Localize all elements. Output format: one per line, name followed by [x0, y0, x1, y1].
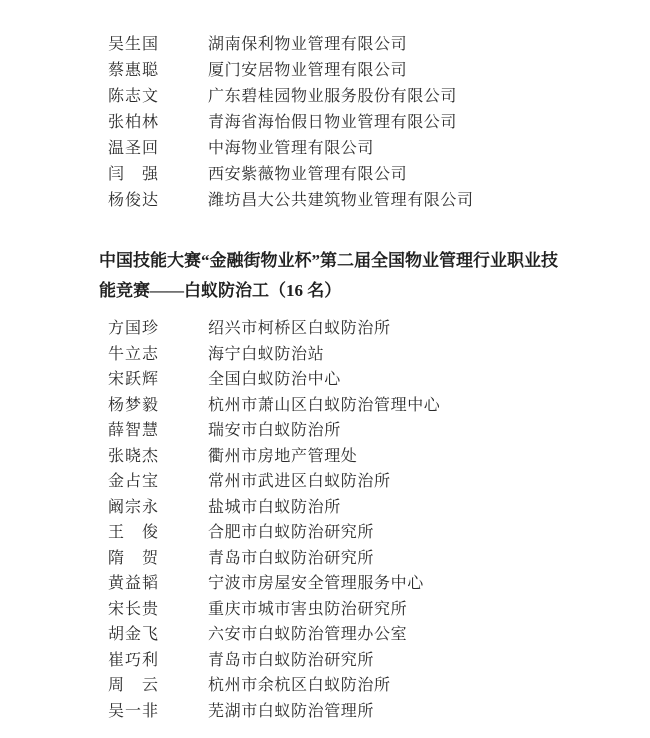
awardee-organization: 瑞安市白蚁防治所 — [208, 418, 341, 444]
awardee-name: 方国珍 — [108, 316, 158, 342]
list-item: 薛智慧 瑞安市白蚁防治所 — [108, 418, 650, 444]
list-item: 蔡惠聪 厦门安居物业管理有限公司 — [108, 58, 650, 84]
awardee-organization: 常州市武进区白蚁防治所 — [208, 469, 391, 495]
section-heading-line-1: 中国技能大赛“金融街物业杯”第二届全国物业管理行业职业技 — [99, 246, 650, 276]
list-item: 张晓杰 衢州市房地产管理处 — [108, 444, 650, 470]
awardee-name: 周云 — [108, 673, 158, 699]
awardee-name: 宋长贵 — [108, 597, 158, 623]
list-item: 张柏林 青海省海怡假日物业管理有限公司 — [108, 110, 650, 136]
list-item: 吴生国 湖南保利物业管理有限公司 — [108, 32, 650, 58]
awardee-name: 蔡惠聪 — [108, 58, 158, 84]
awardee-organization: 青海省海怡假日物业管理有限公司 — [208, 110, 457, 136]
list-item: 阚宗永 盐城市白蚁防治所 — [108, 495, 650, 521]
list-item: 隋贺 青岛市白蚁防治研究所 — [108, 546, 650, 572]
list-item: 崔巧利 青岛市白蚁防治研究所 — [108, 648, 650, 674]
list-item: 吴一非 芜湖市白蚁防治管理所 — [108, 699, 650, 725]
awardee-name: 宋跃辉 — [108, 367, 158, 393]
awardee-organization: 全国白蚁防治中心 — [208, 367, 341, 393]
list-item: 宋跃辉 全国白蚁防治中心 — [108, 367, 650, 393]
awardee-name: 杨梦毅 — [108, 393, 158, 419]
list-item: 黄益韬 宁波市房屋安全管理服务中心 — [108, 571, 650, 597]
awardee-name: 杨俊达 — [108, 188, 158, 214]
awardee-organization: 厦门安居物业管理有限公司 — [208, 58, 407, 84]
awardee-name: 薛智慧 — [108, 418, 158, 444]
awardee-name: 牛立志 — [108, 342, 158, 368]
awardee-organization: 杭州市余杭区白蚁防治所 — [208, 673, 391, 699]
section-heading-termite-control: 中国技能大赛“金融街物业杯”第二届全国物业管理行业职业技 能竞赛——白蚁防治工（… — [99, 246, 650, 306]
awardee-name: 阚宗永 — [108, 495, 158, 521]
awardee-organization: 青岛市白蚁防治研究所 — [208, 546, 374, 572]
list-item: 陈志文 广东碧桂园物业服务股份有限公司 — [108, 84, 650, 110]
awardee-organization: 六安市白蚁防治管理办公室 — [208, 622, 407, 648]
list-item: 温圣回 中海物业管理有限公司 — [108, 136, 650, 162]
list-item: 杨俊达 潍坊昌大公共建筑物业管理有限公司 — [108, 188, 650, 214]
list-item: 胡金飞 六安市白蚁防治管理办公室 — [108, 622, 650, 648]
awardee-organization: 芜湖市白蚁防治管理所 — [208, 699, 374, 725]
awardee-name: 闫强 — [108, 162, 158, 188]
list-item: 王俊 合肥市白蚁防治研究所 — [108, 520, 650, 546]
awardee-organization: 西安紫薇物业管理有限公司 — [208, 162, 407, 188]
awardee-organization: 合肥市白蚁防治研究所 — [208, 520, 374, 546]
awardee-name: 张柏林 — [108, 110, 158, 136]
list-item: 牛立志 海宁白蚁防治站 — [108, 342, 650, 368]
awardee-organization: 广东碧桂园物业服务股份有限公司 — [208, 84, 457, 110]
page-content: 吴生国 湖南保利物业管理有限公司 蔡惠聪 厦门安居物业管理有限公司 陈志文 广东… — [0, 0, 650, 724]
awardee-name: 张晓杰 — [108, 444, 158, 470]
awardee-organization: 盐城市白蚁防治所 — [208, 495, 341, 521]
awardee-organization: 宁波市房屋安全管理服务中心 — [208, 571, 424, 597]
awardee-name: 隋贺 — [108, 546, 158, 572]
awardee-organization: 中海物业管理有限公司 — [208, 136, 374, 162]
list-item: 杨梦毅 杭州市萧山区白蚁防治管理中心 — [108, 393, 650, 419]
awardee-name: 崔巧利 — [108, 648, 158, 674]
section-heading-line-2: 能竞赛——白蚁防治工（16 名） — [99, 276, 650, 306]
awardee-list-termite-control: 方国珍 绍兴市柯桥区白蚁防治所 牛立志 海宁白蚁防治站 宋跃辉 全国白蚁防治中心… — [108, 316, 650, 724]
awardee-organization: 海宁白蚁防治站 — [208, 342, 324, 368]
awardee-organization: 潍坊昌大公共建筑物业管理有限公司 — [208, 188, 474, 214]
list-item: 闫强 西安紫薇物业管理有限公司 — [108, 162, 650, 188]
awardee-organization: 湖南保利物业管理有限公司 — [208, 32, 407, 58]
awardee-name: 吴生国 — [108, 32, 158, 58]
awardee-organization: 青岛市白蚁防治研究所 — [208, 648, 374, 674]
awardee-list-property-management: 吴生国 湖南保利物业管理有限公司 蔡惠聪 厦门安居物业管理有限公司 陈志文 广东… — [108, 32, 650, 214]
awardee-name: 陈志文 — [108, 84, 158, 110]
awardee-organization: 杭州市萧山区白蚁防治管理中心 — [208, 393, 440, 419]
awardee-name: 胡金飞 — [108, 622, 158, 648]
document-page: 吴生国 湖南保利物业管理有限公司 蔡惠聪 厦门安居物业管理有限公司 陈志文 广东… — [0, 0, 650, 738]
list-item: 周云 杭州市余杭区白蚁防治所 — [108, 673, 650, 699]
awardee-name: 黄益韬 — [108, 571, 158, 597]
awardee-name: 温圣回 — [108, 136, 158, 162]
list-item: 金占宝 常州市武进区白蚁防治所 — [108, 469, 650, 495]
list-item: 方国珍 绍兴市柯桥区白蚁防治所 — [108, 316, 650, 342]
awardee-organization: 重庆市城市害虫防治研究所 — [208, 597, 407, 623]
awardee-name: 吴一非 — [108, 699, 158, 725]
awardee-organization: 衢州市房地产管理处 — [208, 444, 357, 470]
list-item: 宋长贵 重庆市城市害虫防治研究所 — [108, 597, 650, 623]
awardee-name: 金占宝 — [108, 469, 158, 495]
awardee-name: 王俊 — [108, 520, 158, 546]
awardee-organization: 绍兴市柯桥区白蚁防治所 — [208, 316, 391, 342]
